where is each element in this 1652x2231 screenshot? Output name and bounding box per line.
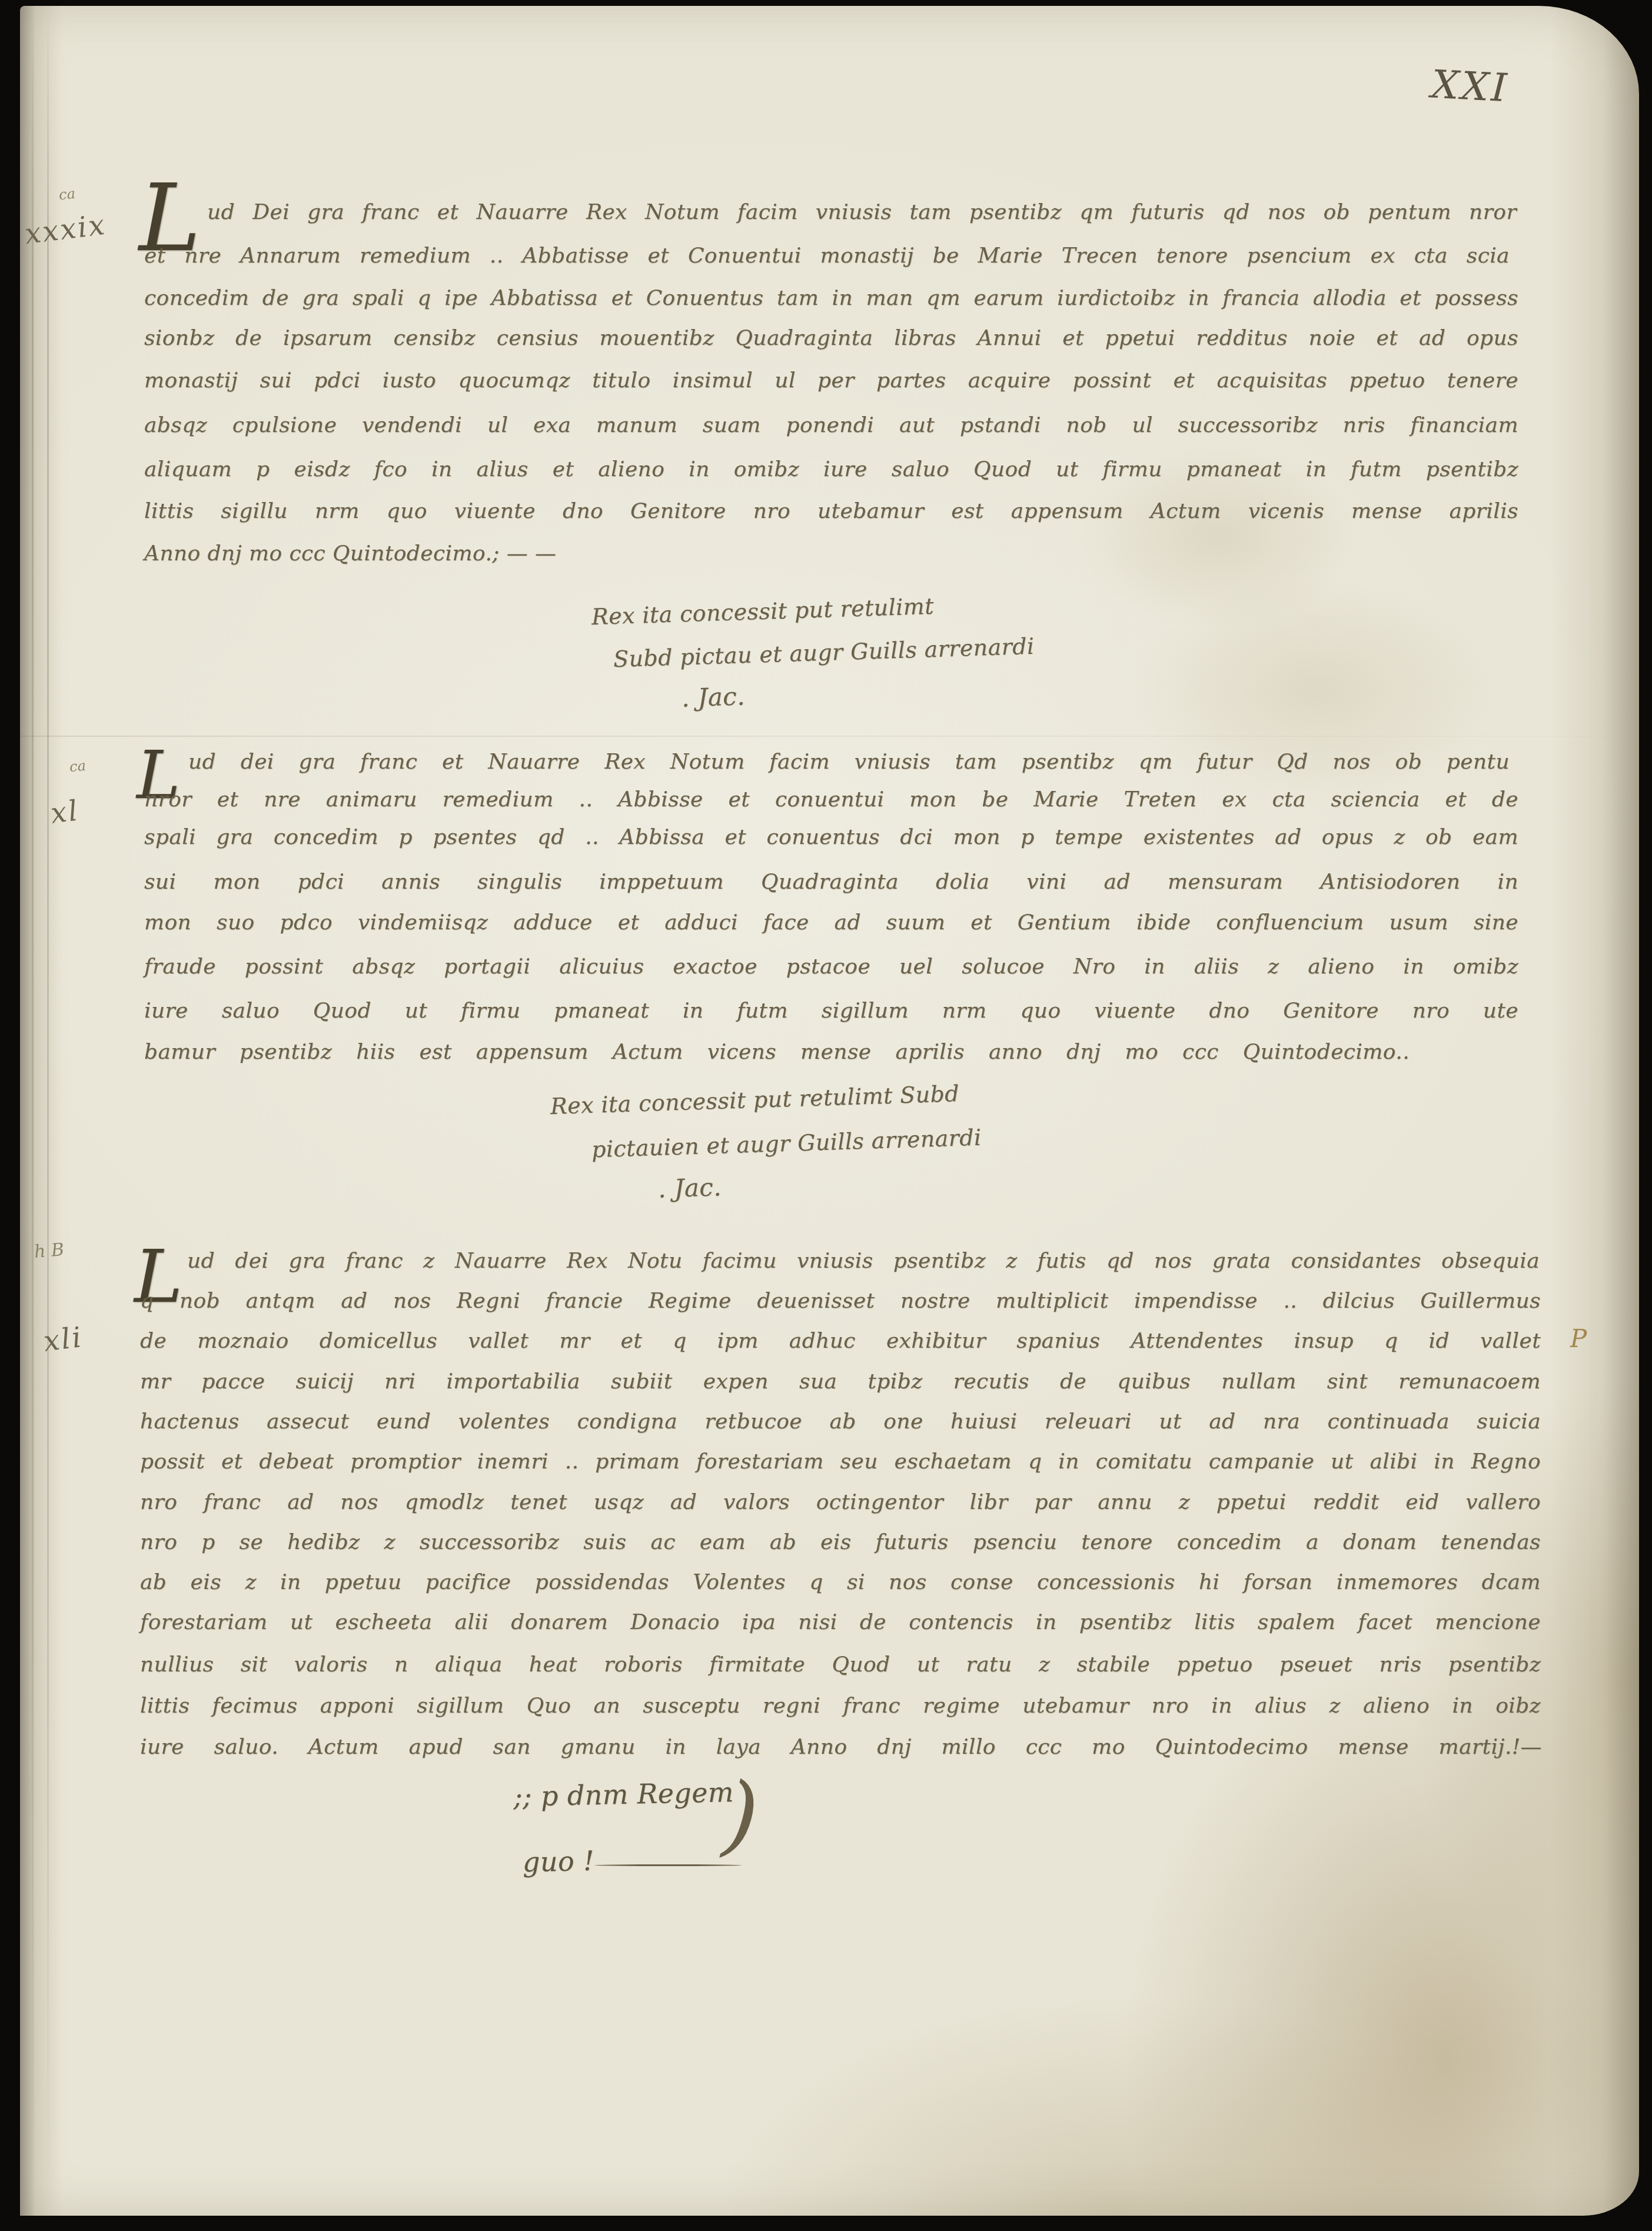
text-line: sionbz de ipsarum censibz censius mouent… <box>144 325 1518 352</box>
text-line: fraude possint absqz portagii alicuius e… <box>144 953 1518 980</box>
margin-note-small: h B <box>34 1239 65 1262</box>
text-line: ud Dei gra franc et Nauarre Rex Notum fa… <box>207 199 1517 226</box>
notary-mark: . Jac. <box>681 683 745 711</box>
margin-note-small: ca <box>58 185 76 203</box>
text-line: bamur psentibz hiis est appensum Actum v… <box>144 1039 1410 1066</box>
margin-note-small: ca <box>69 757 87 775</box>
margin-right-mark: P <box>1570 1324 1587 1353</box>
text-line: mon suo pdco vindemiisqz adduce et adduc… <box>144 909 1518 936</box>
text-line: spali gra concedim p psentes qd .. Abbis… <box>144 824 1518 851</box>
folio-number: XXI <box>1430 62 1510 111</box>
text-line: de moznaio domicellus vallet mr et q ipm… <box>140 1328 1541 1355</box>
text-line: sui mon pdci annis singulis imppetuum Qu… <box>144 869 1518 896</box>
text-line: aliquam p eisdz fco in alius et alieno i… <box>144 456 1518 483</box>
text-line: monastij sui pdci iusto quocumqz titulo … <box>144 367 1518 394</box>
text-line: ab eis z in ppetuu pacifice possidendas … <box>140 1569 1541 1596</box>
text-line: iure saluo Quod ut firmu pmaneat in futm… <box>144 998 1518 1025</box>
text-line: nro p se hedibz z successoribz suis ac e… <box>140 1529 1541 1556</box>
gutter-fold-line <box>47 6 49 2216</box>
text-line: mr pacce suicij nri importabilia subiit … <box>140 1368 1541 1395</box>
horizontal-crease <box>20 736 1639 737</box>
clerk-signature: guo ! <box>523 1847 595 1876</box>
gutter-fold-line <box>32 6 34 2216</box>
text-line: possit et debeat promptior inemri .. pri… <box>140 1448 1541 1475</box>
text-line: absqz cpulsione vendendi ul exa manum su… <box>144 412 1518 439</box>
signature-bracket-flourish: ) <box>721 1770 762 1861</box>
text-line: concedim de gra spali q ipe Abbatissa et… <box>144 285 1518 312</box>
text-line: hactenus assecut eund volentes condigna … <box>140 1408 1541 1435</box>
text-line: littis sigillu nrm quo viuente dno Genit… <box>144 498 1518 525</box>
text-line: et nre Annarum remedium .. Abbatisse et … <box>144 242 1510 270</box>
text-line: nullius sit valoris n aliqua heat robori… <box>140 1651 1541 1678</box>
text-line: littis fecimus apponi sigillum Quo an su… <box>140 1693 1541 1720</box>
notary-mark: . Jac. <box>657 1173 722 1202</box>
text-line: ud dei gra franc z Nauarre Rex Notu faci… <box>187 1248 1540 1275</box>
manuscript-photo: XXI ca xxxix ca xl h B xli P L ud Dei gr… <box>0 0 1652 2231</box>
text-line: ud dei gra franc et Nauarre Rex Notum fa… <box>188 749 1510 776</box>
text-line: nro franc ad nos qmodlz tenet usqz ad va… <box>140 1489 1541 1516</box>
text-line: Anno dnj mo ccc Quintodecimo.; — — <box>144 540 968 567</box>
text-line: nror et nre animaru remedium .. Abbisse … <box>144 786 1518 813</box>
margin-chapter-numeral: xl <box>49 794 81 830</box>
margin-chapter-numeral: xli <box>42 1321 85 1358</box>
text-line: iure saluo. Actum apud san gmanu in laya… <box>140 1734 1542 1761</box>
signature-flourish-line <box>594 1864 742 1866</box>
text-line: forestariam ut escheeta alii donarem Don… <box>140 1609 1541 1636</box>
chancery-signature: ;; p dnm Regem <box>513 1778 734 1810</box>
text-line: q nob antqm ad nos Regni francie Regime … <box>140 1288 1541 1315</box>
